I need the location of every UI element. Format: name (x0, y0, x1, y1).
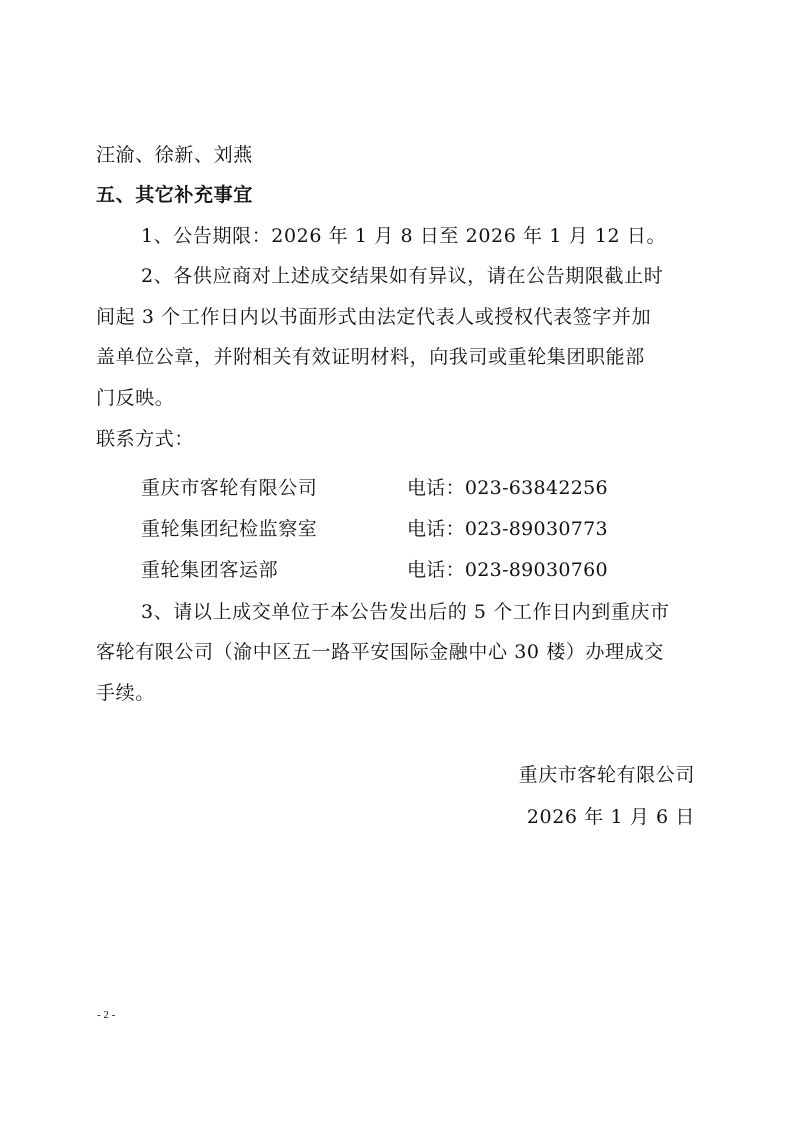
contact-org-3: 重轮集团客运部 (141, 558, 278, 582)
item-2-line-1: 2、各供应商对上述成交结果如有异议，请在公告期限截止时 (141, 264, 663, 288)
item-2-line-2: 间起 3 个工作日内以书面形式由法定代表人或授权代表签字并加 (96, 305, 651, 329)
contact-org-1: 重庆市客轮有限公司 (141, 476, 317, 500)
signature-company: 重庆市客轮有限公司 (519, 763, 695, 787)
item-2-line-3: 盖单位公章，并附相关有效证明材料，向我司或重轮集团职能部 (96, 345, 645, 369)
section-heading: 五、其它补充事宜 (96, 183, 253, 207)
contact-tel-3: 电话：023-89030760 (407, 558, 608, 582)
document-page: 汪渝、徐新、刘燕 五、其它补充事宜 1、公告期限：2026 年 1 月 8 日至… (0, 0, 793, 1122)
item-3-line-2: 客轮有限公司（渝中区五一路平安国际金融中心 30 楼）办理成交 (96, 640, 664, 664)
item-3-line-1: 3、请以上成交单位于本公告发出后的 5 个工作日内到重庆市 (141, 600, 670, 624)
signature-date: 2026 年 1 月 6 日 (527, 805, 695, 829)
page-number: - 2 - (97, 1009, 115, 1021)
contact-tel-1: 电话：023-63842256 (407, 476, 608, 500)
contact-label: 联系方式： (96, 427, 194, 451)
item-2-line-4: 门反映。 (96, 386, 174, 410)
continuation-names: 汪渝、徐新、刘燕 (96, 143, 253, 167)
contact-org-2: 重轮集团纪检监察室 (141, 517, 317, 541)
contact-tel-2: 电话：023-89030773 (407, 517, 608, 541)
item-1-announcement-period: 1、公告期限：2026 年 1 月 8 日至 2026 年 1 月 12 日。 (141, 224, 666, 248)
item-3-line-3: 手续。 (96, 681, 155, 705)
